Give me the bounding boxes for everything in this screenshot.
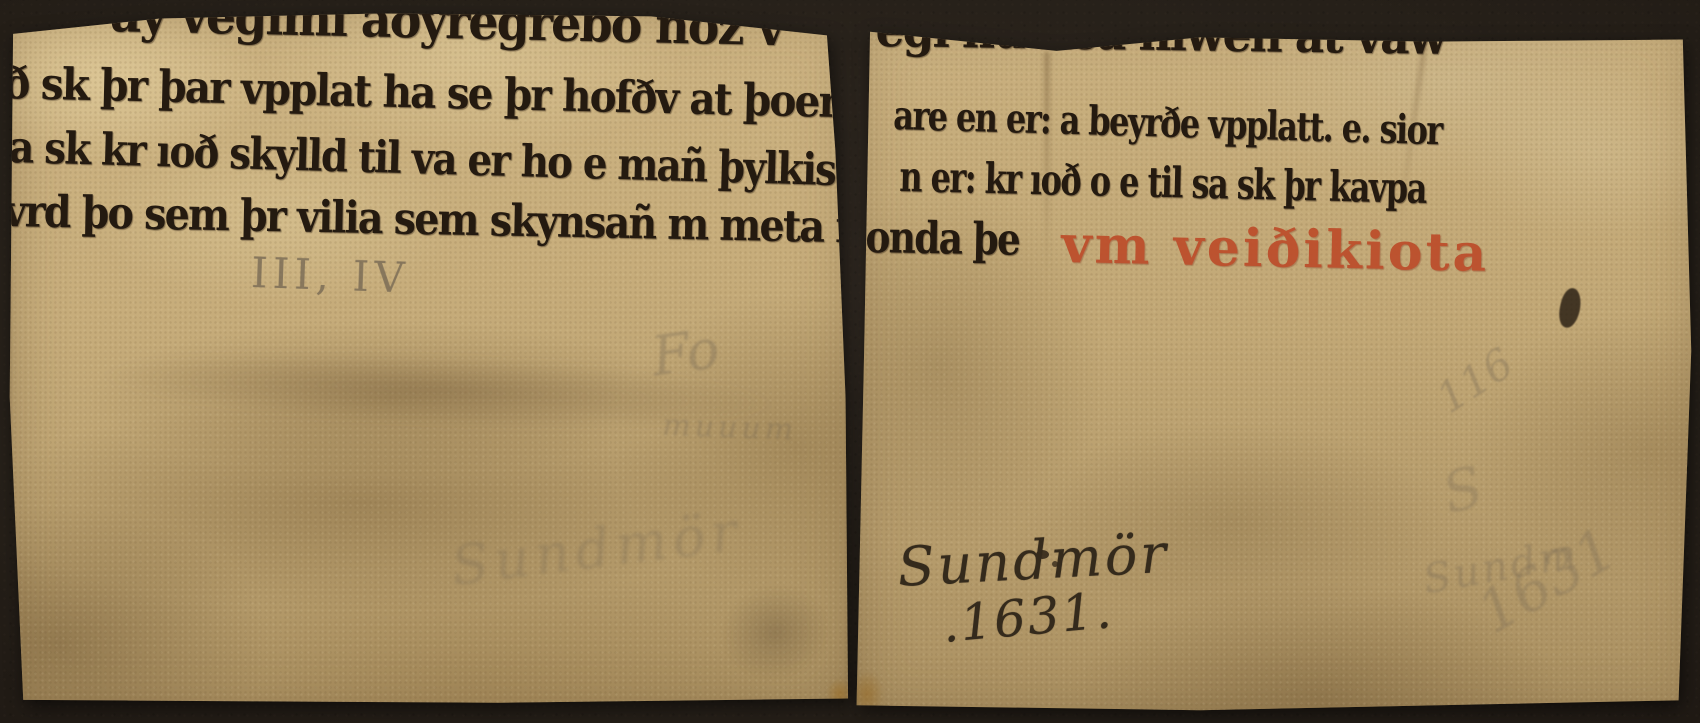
parchment-surface-right: egi nu nea niwen at vaw are en er: a bey… xyxy=(854,12,1698,718)
ink-blot xyxy=(1556,286,1584,329)
red-rubric: vm veiðikiota xyxy=(1061,214,1490,284)
faded-place-inscription: Sundmör xyxy=(448,499,746,597)
faint-flourish: Fo xyxy=(648,317,723,389)
script-line-trimmed: egi nu nea niwen at vaw xyxy=(875,2,1445,66)
ink-smudge xyxy=(683,547,868,718)
script-line: are en er: a beyrðe vpplatt. e. sior xyxy=(893,92,1443,154)
parchment-surface-left: uy vegiml aðyregrebo noz v ð sk þr þar v… xyxy=(8,10,854,714)
script-line: onda þe xyxy=(865,212,1019,266)
faint-initial: S xyxy=(1436,454,1490,527)
manuscript-photo: uy vegiml aðyregrebo noz v ð sk þr þar v… xyxy=(0,0,1700,723)
faded-year-inscription: 1631 xyxy=(1466,514,1628,647)
faint-scribble: muuum xyxy=(662,408,798,448)
parchment-fragment-left: uy vegiml aðyregrebo noz v ð sk þr þar v… xyxy=(8,10,854,714)
faint-shelf-number: 116 xyxy=(1428,338,1522,423)
script-line: ð sk þr þar vpplat ha se þr hofðv at þoe… xyxy=(3,58,868,129)
parchment-fragment-right: egi nu nea niwen at vaw are en er: a bey… xyxy=(854,12,1698,718)
pencil-folio-numbers: III, IV xyxy=(250,248,410,302)
amber-stain xyxy=(850,670,884,718)
script-line: a sk kr ıoð skylld til va er ho e mañ þy… xyxy=(9,122,871,197)
script-line: n er: kr ıoð o e til sa sk þr kavpa xyxy=(899,152,1426,213)
script-line: vrd þo sem þr vilia sem skynsañ m meta m… xyxy=(3,186,927,255)
amber-stain xyxy=(826,678,854,710)
